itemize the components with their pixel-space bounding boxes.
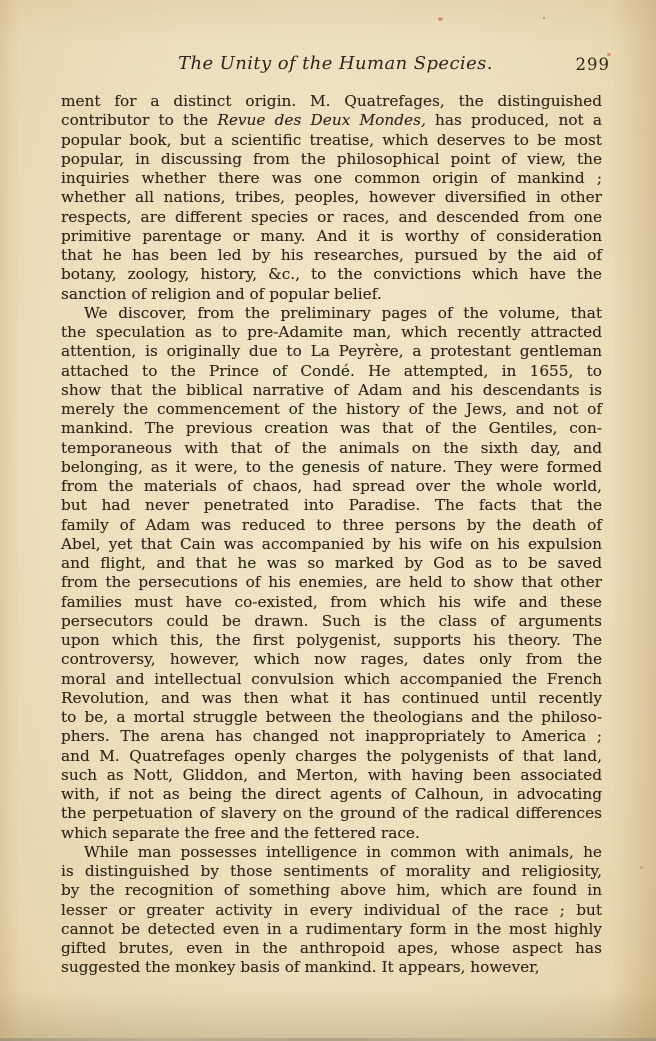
text-line: We discover, from the preliminary pages … [61, 304, 602, 323]
text-line: but had never penetrated into Paradise. … [61, 496, 602, 515]
text-line: sanction of religion and of popular beli… [61, 285, 602, 304]
text-line: family of Adam was reduced to three pers… [61, 516, 602, 535]
text-line: the speculation as to pre-Adamite man, w… [61, 323, 602, 342]
text-line: families must have co-existed, from whic… [61, 593, 602, 612]
text-line: from the persecutions of his enemies, ar… [61, 573, 602, 592]
text-line: moral and intellectual convulsion which … [61, 670, 602, 689]
foxing-stain [438, 17, 443, 21]
text-line: that he has been led by his researches, … [61, 246, 602, 265]
text-line: belonging, as it were, to the genesis of… [61, 458, 602, 477]
text-line: is distinguished by those sentiments of … [61, 862, 602, 881]
foxing-stain [543, 17, 545, 19]
text-line: cannot be detected even in a rudimentary… [61, 920, 602, 939]
text-line: primitive parentage or many. And it is w… [61, 227, 602, 246]
text-line: contributor to the Revue des Deux Mondes… [61, 111, 602, 130]
text-line: lesser or greater activity in every indi… [61, 901, 602, 920]
text-line: the perpetuation of slavery on the groun… [61, 804, 602, 823]
text-line: popular book, but a scientific treatise,… [61, 131, 602, 150]
text-line: controversy, however, which now rages, d… [61, 650, 602, 669]
text-line: show that the biblical narrative of Adam… [61, 381, 602, 400]
text-line: which separate the free and the fettered… [61, 824, 602, 843]
text-line: and flight, and that he was so marked by… [61, 554, 602, 573]
text-line: phers. The arena has changed not inappro… [61, 727, 602, 746]
text-line: popular, in discussing from the philosop… [61, 150, 602, 169]
text-line: inquiries whether there was one common o… [61, 169, 602, 188]
text-line: Abel, yet that Cain was accompanied by h… [61, 535, 602, 554]
foxing-stain [640, 866, 643, 869]
page-body: ment for a distinct origin. M. Quatrefag… [61, 92, 602, 978]
text-line: persecutors could be drawn. Such is the … [61, 612, 602, 631]
text-line: botany, zoology, history, &c., to the co… [61, 265, 602, 284]
text-line: temporaneous with that of the animals on… [61, 439, 602, 458]
text-line: respects, are different species or races… [61, 208, 602, 227]
text-line: and M. Quatrefages openly charges the po… [61, 747, 602, 766]
text-line: from the materials of chaos, had spread … [61, 477, 602, 496]
text-line: such as Nott, Gliddon, and Merton, with … [61, 766, 602, 785]
foxing-stain [607, 53, 611, 56]
running-header: The Unity of the Human Species. 299 [61, 53, 610, 79]
text-line: merely the commencement of the history o… [61, 400, 602, 419]
text-line: mankind. The previous creation was that … [61, 419, 602, 438]
text-line: by the recognition of something above hi… [61, 881, 602, 900]
text-line: suggested the monkey basis of mankind. I… [61, 958, 602, 977]
page-title: The Unity of the Human Species. [61, 53, 610, 74]
text-line: attached to the Prince of Condé. He atte… [61, 362, 602, 381]
text-line: upon which this, the first polygenist, s… [61, 631, 602, 650]
text-line: ment for a distinct origin. M. Quatrefag… [61, 92, 602, 111]
text-line: to be, a mortal struggle between the the… [61, 708, 602, 727]
text-line: whether all nations, tribes, peoples, ho… [61, 188, 602, 207]
scanned-book-page: The Unity of the Human Species. 299 ment… [0, 0, 656, 1041]
text-line: with, if not as being the direct agents … [61, 785, 602, 804]
text-line: gifted brutes, even in the anthropoid ap… [61, 939, 602, 958]
text-line: Revolution, and was then what it has con… [61, 689, 602, 708]
text-line: attention, is originally due to La Peyrè… [61, 342, 602, 361]
page-number: 299 [576, 55, 611, 74]
text-line: While man possesses intelligence in comm… [61, 843, 602, 862]
